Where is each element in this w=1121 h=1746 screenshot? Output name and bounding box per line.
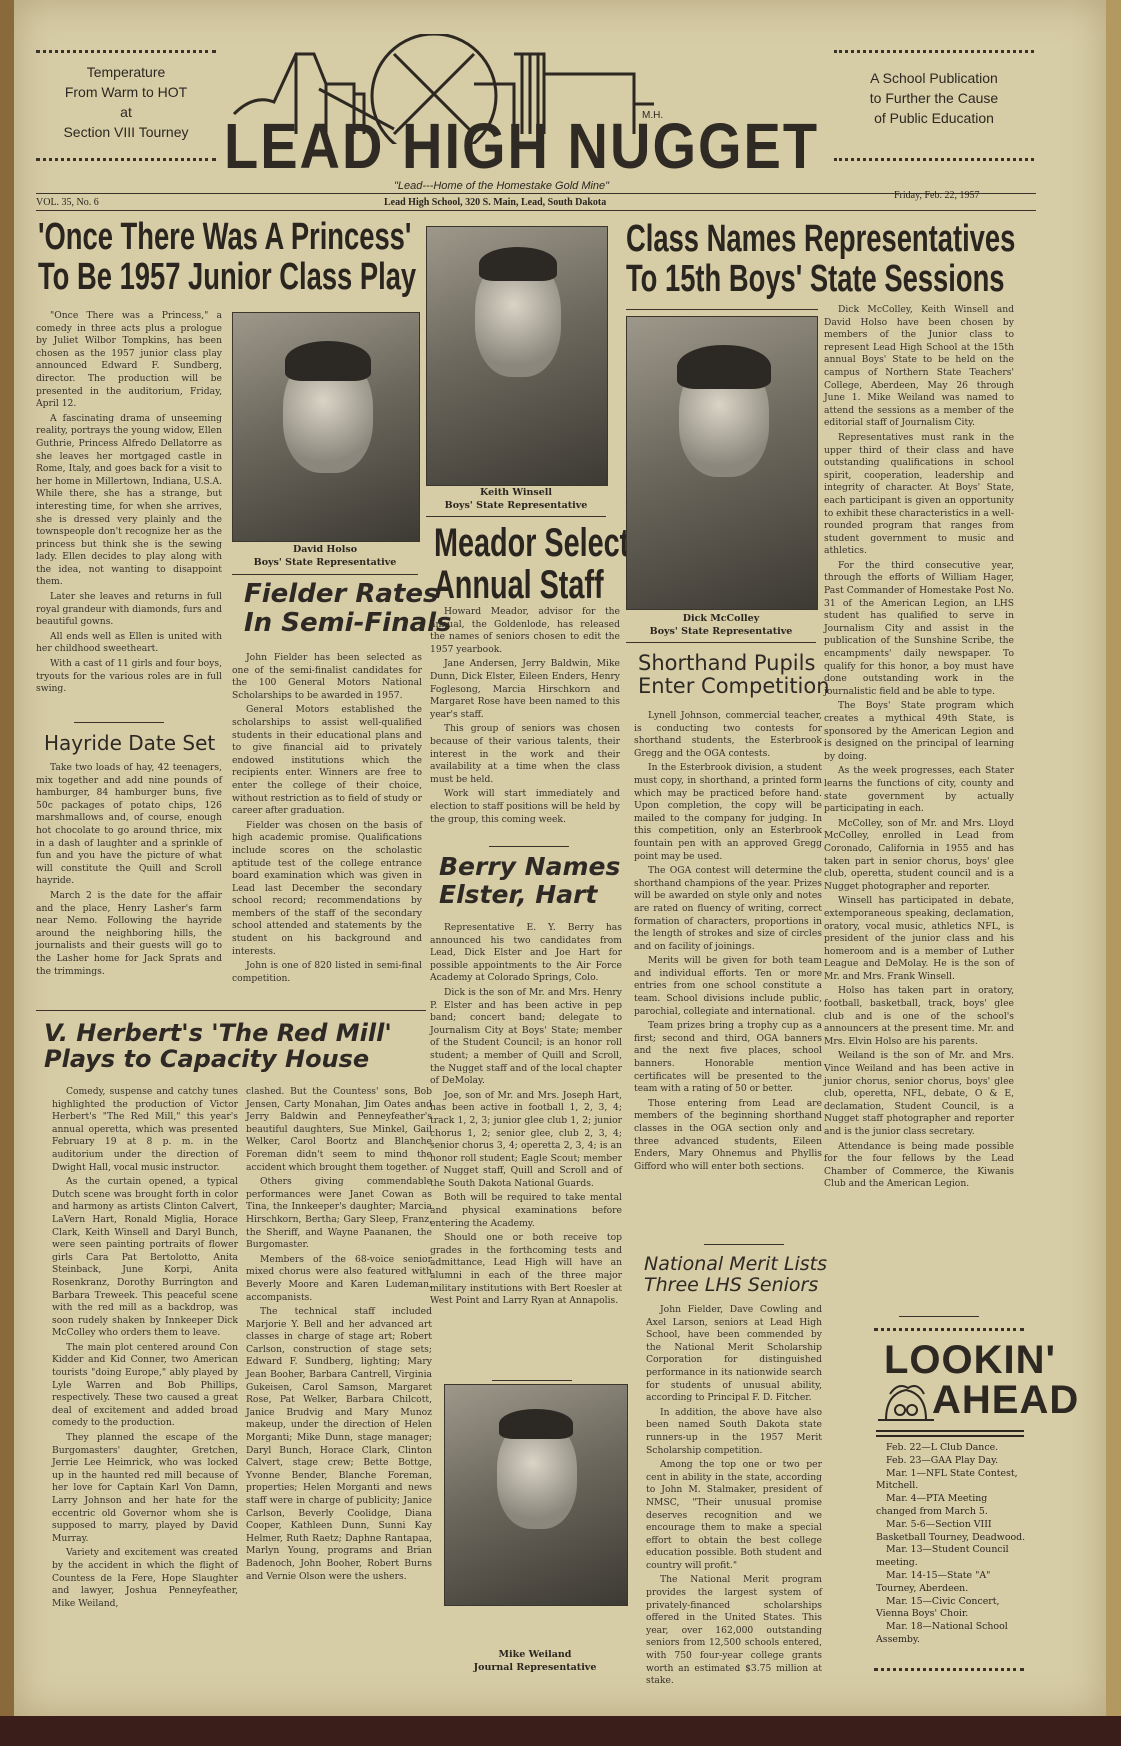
events-list: Feb. 22—L Club Dance. Feb. 23—GAA Play D… xyxy=(876,1442,1026,1647)
divider xyxy=(36,1010,426,1011)
divider xyxy=(232,574,418,575)
headline-merit: National Merit Lists Three LHS Seniors xyxy=(644,1254,827,1296)
divider xyxy=(899,1316,979,1317)
headline-berry: Berry Names Elster, Hart xyxy=(439,853,620,908)
decorative-rule xyxy=(834,50,1034,53)
tagline: "Lead---Home of the Homestake Gold Mine" xyxy=(394,180,609,192)
divider xyxy=(626,642,816,643)
headline-princess: 'Once There Was A Princess' To Be 1957 J… xyxy=(38,218,416,298)
decorative-rule xyxy=(834,158,1034,161)
article-body: Representative E. Y. Berry has announced… xyxy=(430,922,622,1310)
decorative-rule xyxy=(874,1668,1024,1671)
event-item: Mar. 15—Civic Concert, Vienna Boys' Choi… xyxy=(876,1596,1026,1622)
masthead-rule xyxy=(36,210,1036,211)
newspaper-page: Temperature From Warm to HOT at Section … xyxy=(14,0,1106,1716)
divider xyxy=(492,1380,572,1381)
headline-meador: Meador Selects Annual Staff xyxy=(434,522,645,606)
event-item: Feb. 22—L Club Dance. xyxy=(876,1442,1026,1455)
article-body: clashed. But the Countess' sons, Bob Jen… xyxy=(246,1086,432,1585)
school-address: Lead High School, 320 S. Main, Lead, Sou… xyxy=(384,197,606,208)
event-item: Mar. 13—Student Council meeting. xyxy=(876,1544,1026,1570)
binding-edge xyxy=(0,0,14,1746)
photo-caption: Dick McColley Boys' State Representative xyxy=(626,612,816,638)
headline-boys-state: Class Names Representatives To 15th Boys… xyxy=(626,220,1015,300)
event-item: Mar. 14-15—State "A" Tourney, Aberdeen. xyxy=(876,1570,1026,1596)
photo-mike-weiland xyxy=(444,1384,628,1606)
event-item: Mar. 5-6—Section VIII Basketball Tourney… xyxy=(876,1519,1026,1545)
photo-caption: Mike Weiland Journal Representative xyxy=(444,1648,626,1674)
decorative-rule xyxy=(36,50,216,53)
divider xyxy=(426,516,606,517)
headline-red-mill: V. Herbert's 'The Red Mill' Plays to Cap… xyxy=(44,1020,392,1073)
headline-fielder: Fielder Rates In Semi-Finals xyxy=(244,580,452,637)
headline-hayride: Hayride Date Set xyxy=(44,732,215,754)
article-body: Lynell Johnson, commercial teacher, is c… xyxy=(634,710,822,1175)
peeking-kid-cartoon-icon xyxy=(876,1380,936,1424)
newspaper-title: LEAD HIGH NUGGET xyxy=(224,108,819,183)
headline-shorthand: Shorthand Pupils Enter Competition xyxy=(638,652,830,698)
divider xyxy=(626,309,818,310)
volume-number: VOL. 35, No. 6 xyxy=(36,197,99,208)
photo-caption: Keith Winsell Boys' State Representative xyxy=(426,486,606,512)
page-edge xyxy=(1106,0,1121,1746)
event-item: Mar. 18—National School Assemby. xyxy=(876,1621,1026,1647)
article-body: Take two loads of hay, 42 teenagers, mix… xyxy=(36,762,222,980)
event-item: Feb. 23—GAA Play Day. xyxy=(876,1455,1026,1468)
event-item: Mar. 4—PTA Meeting changed from March 5. xyxy=(876,1493,1026,1519)
article-body: Dick McColley, Keith Winsell and David H… xyxy=(824,304,1014,1193)
divider xyxy=(704,1244,784,1245)
article-body: "Once There was a Princess," a comedy in… xyxy=(36,310,222,698)
article-body: John Fielder has been selected as one of… xyxy=(232,652,422,987)
photo-caption: David Holso Boys' State Representative xyxy=(232,543,418,569)
masthead-rule xyxy=(36,193,1036,194)
decorative-rule xyxy=(36,158,216,161)
photo-dick-mccolley xyxy=(626,316,818,610)
right-ear: A School Publication to Further the Caus… xyxy=(834,68,1034,128)
photo-david-holso xyxy=(232,312,420,542)
left-ear: Temperature From Warm to HOT at Section … xyxy=(36,62,216,142)
article-body: Comedy, suspense and catchy tunes highli… xyxy=(52,1086,238,1612)
page-bottom-edge xyxy=(0,1716,1121,1746)
issue-date: Friday, Feb. 22, 1957 xyxy=(894,190,979,201)
article-body: John Fielder, Dave Cowling and Axel Lars… xyxy=(646,1304,822,1690)
double-rule xyxy=(876,1430,1024,1437)
divider xyxy=(489,846,569,847)
divider xyxy=(74,722,164,723)
decorative-rule xyxy=(874,1328,1024,1331)
event-item: Mar. 1—NFL State Contest, Mitchell. xyxy=(876,1468,1026,1494)
photo-keith-winsell xyxy=(426,226,608,486)
article-body: Howard Meador, advisor for the annual, t… xyxy=(430,606,620,828)
